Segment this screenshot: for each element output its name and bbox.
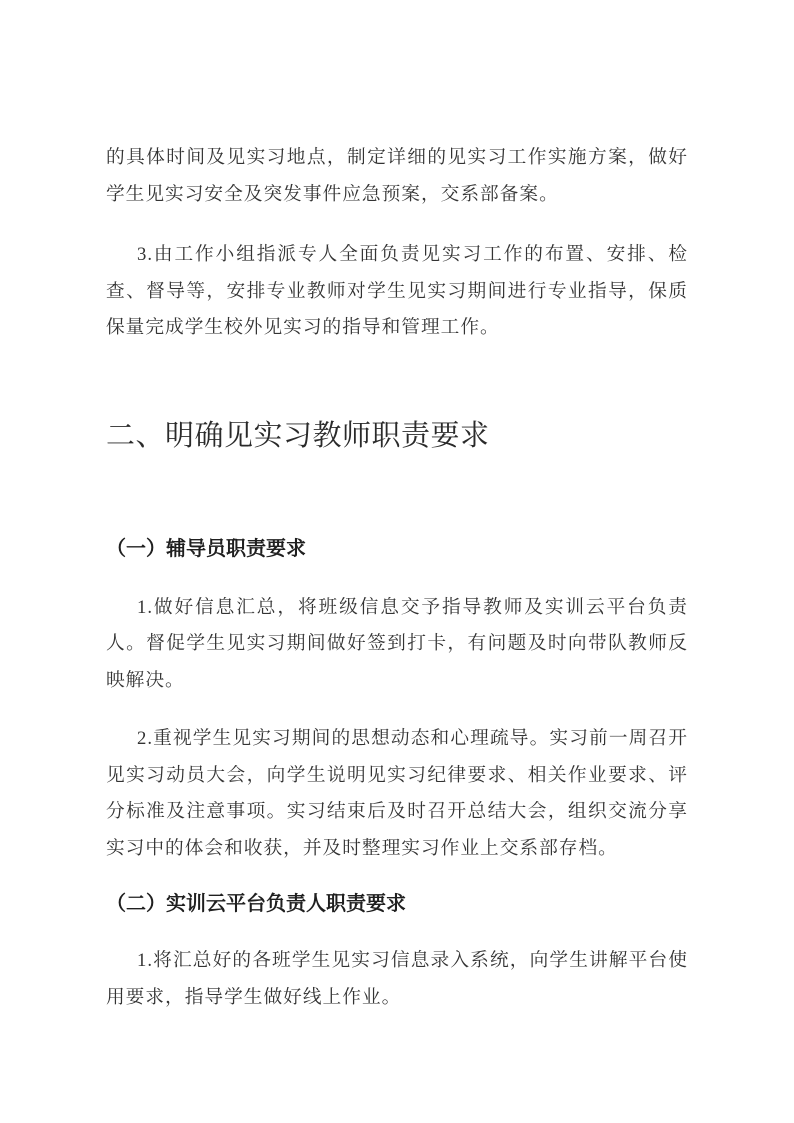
subheading-counselor-duties: （一）辅导员职责要求	[106, 535, 688, 564]
document-page: 的具体时间及见实习地点，制定详细的见实习工作实施方案，做好学生见实习安全及突发事…	[0, 0, 794, 1123]
section-heading-2: 二、明确见实习教师职责要求	[106, 415, 688, 457]
paragraph-item-3: 3.由工作小组指派专人全面负责见实习工作的布置、安排、检查、督导等，安排专业教师…	[106, 237, 688, 347]
document-content: 的具体时间及见实习地点，制定详细的见实习工作实施方案，做好学生见实习安全及突发事…	[106, 140, 688, 1016]
paragraph-continuation: 的具体时间及见实习地点，制定详细的见实习工作实施方案，做好学生见实习安全及突发事…	[106, 140, 688, 213]
paragraph-item-1b: 1.将汇总好的各班学生见实习信息录入系统，向学生讲解平台使用要求，指导学生做好线…	[106, 943, 688, 1016]
paragraph-item-2: 2.重视学生见实习期间的思想动态和心理疏导。实习前一周召开见实习动员大会，向学生…	[106, 721, 688, 867]
paragraph-item-1: 1.做好信息汇总，将班级信息交予指导教师及实训云平台负责人。督促学生见实习期间做…	[106, 590, 688, 700]
subheading-platform-manager-duties: （二）实训云平台负责人职责要求	[106, 890, 688, 919]
